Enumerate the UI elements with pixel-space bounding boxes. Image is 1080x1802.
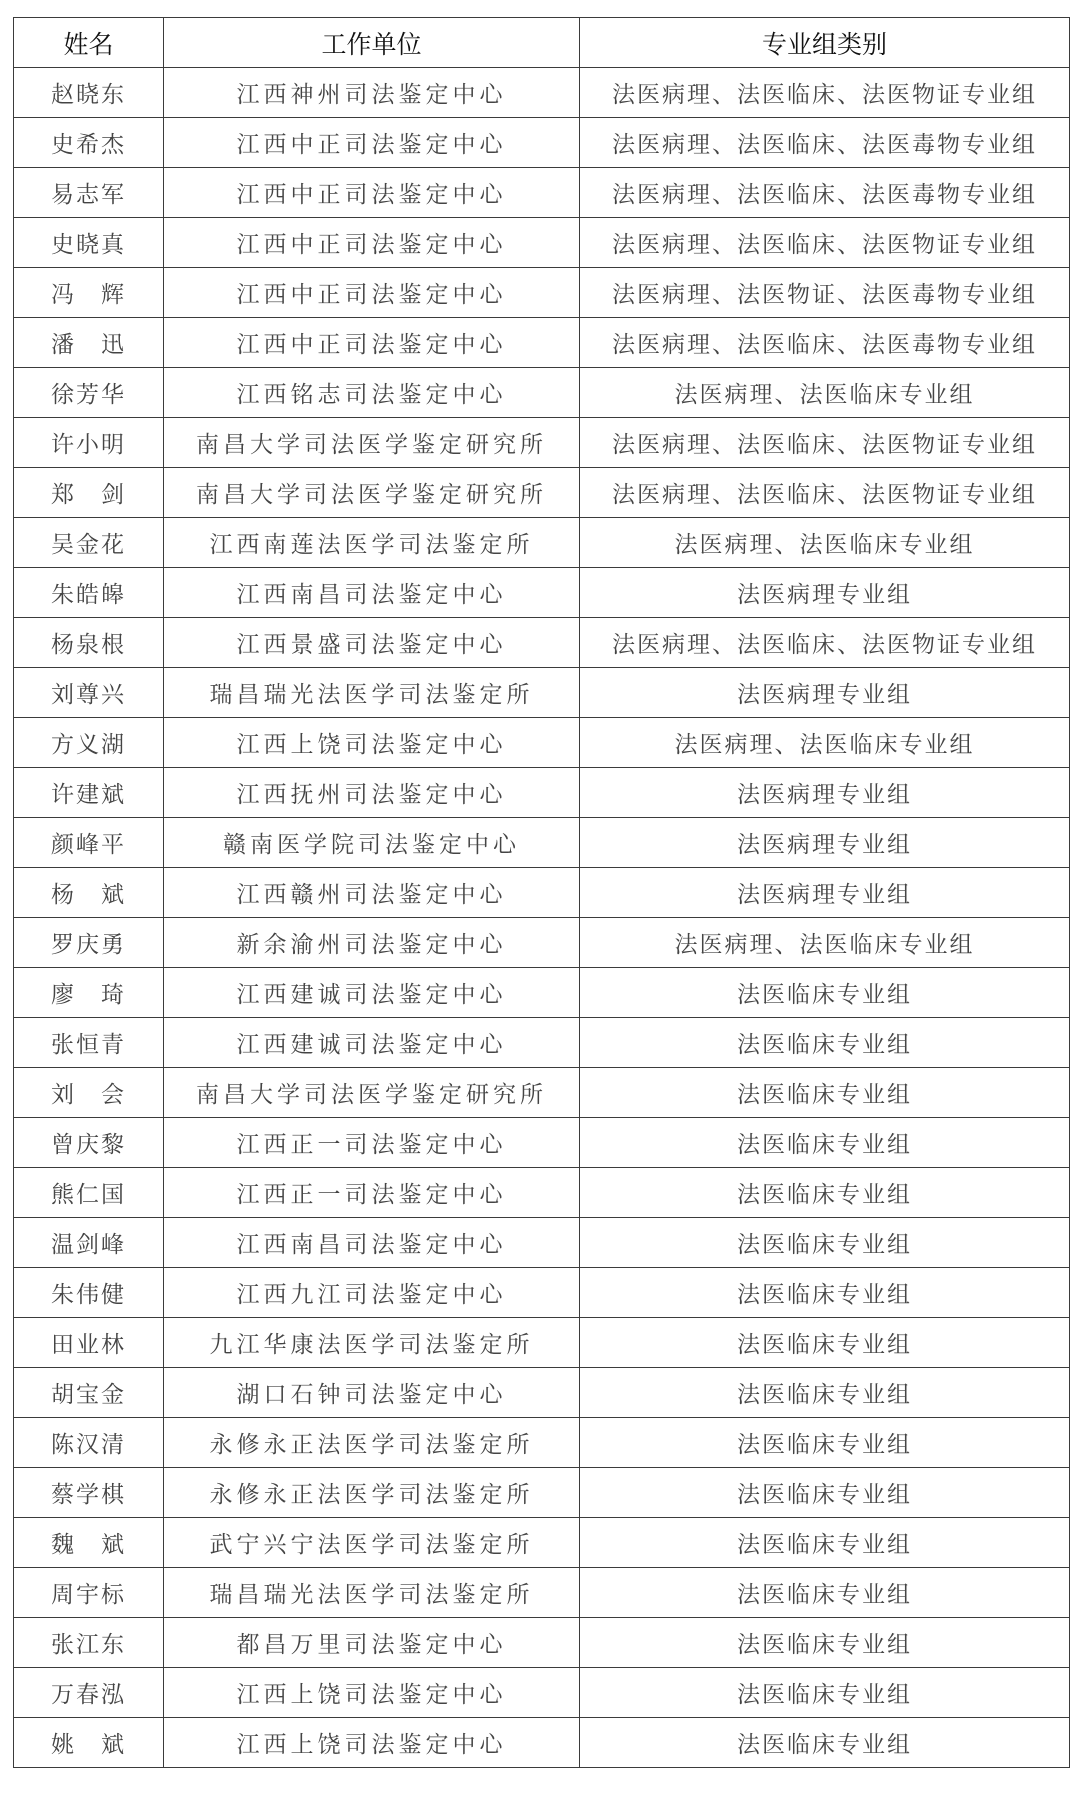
- table-row: 熊仁国江西正一司法鉴定中心法医临床专业组: [14, 1168, 1070, 1218]
- work-unit-cell-text: 江西赣州司法鉴定中心: [237, 876, 507, 909]
- name-cell-text: 易志军: [51, 176, 126, 209]
- name-cell: 许建斌: [14, 768, 164, 818]
- name-cell: 杨 斌: [14, 868, 164, 918]
- name-cell: 史希杰: [14, 118, 164, 168]
- specialty-group-cell: 法医临床专业组: [580, 1468, 1070, 1518]
- name-cell-text: 朱皓皞: [51, 576, 126, 609]
- table-row: 易志军江西中正司法鉴定中心法医病理、法医临床、法医毒物专业组: [14, 168, 1070, 218]
- specialty-group-cell: 法医病理、法医临床专业组: [580, 368, 1070, 418]
- table-row: 朱伟健江西九江司法鉴定中心法医临床专业组: [14, 1268, 1070, 1318]
- name-cell-text: 杨 斌: [51, 876, 126, 909]
- work-unit-cell-text: 江西中正司法鉴定中心: [237, 326, 507, 359]
- work-unit-cell: 江西上饶司法鉴定中心: [164, 1718, 580, 1768]
- table-row: 史希杰江西中正司法鉴定中心法医病理、法医临床、法医毒物专业组: [14, 118, 1070, 168]
- work-unit-cell-text: 江西南昌司法鉴定中心: [237, 1226, 507, 1259]
- table-row: 杨泉根江西景盛司法鉴定中心法医病理、法医临床、法医物证专业组: [14, 618, 1070, 668]
- table-row: 万春泓江西上饶司法鉴定中心法医临床专业组: [14, 1668, 1070, 1718]
- specialty-group-cell-text: 法医病理专业组: [737, 826, 912, 859]
- work-unit-cell-text: 瑞昌瑞光法医学司法鉴定所: [210, 676, 534, 709]
- header-work-unit: 工作单位: [164, 18, 580, 68]
- work-unit-cell-text: 永修永正法医学司法鉴定所: [210, 1476, 534, 1509]
- specialty-group-cell-text: 法医临床专业组: [737, 1476, 912, 1509]
- work-unit-cell: 湖口石钟司法鉴定中心: [164, 1368, 580, 1418]
- name-cell: 冯 辉: [14, 268, 164, 318]
- table-row: 许小明南昌大学司法医学鉴定研究所法医病理、法医临床、法医物证专业组: [14, 418, 1070, 468]
- table-row: 胡宝金湖口石钟司法鉴定中心法医临床专业组: [14, 1368, 1070, 1418]
- work-unit-cell: 江西赣州司法鉴定中心: [164, 868, 580, 918]
- specialty-group-cell-text: 法医临床专业组: [737, 1176, 912, 1209]
- work-unit-cell-text: 武宁兴宁法医学司法鉴定所: [210, 1526, 534, 1559]
- table-row: 史晓真江西中正司法鉴定中心法医病理、法医临床、法医物证专业组: [14, 218, 1070, 268]
- name-cell-text: 颜峰平: [51, 826, 126, 859]
- work-unit-cell: 江西铭志司法鉴定中心: [164, 368, 580, 418]
- name-cell-text: 魏 斌: [51, 1526, 126, 1559]
- table-row: 罗庆勇新余渝州司法鉴定中心法医病理、法医临床专业组: [14, 918, 1070, 968]
- name-cell-text: 廖 琦: [51, 976, 126, 1009]
- specialty-group-cell: 法医病理专业组: [580, 668, 1070, 718]
- name-cell: 张江东: [14, 1618, 164, 1668]
- work-unit-cell: 江西建诚司法鉴定中心: [164, 968, 580, 1018]
- work-unit-cell: 南昌大学司法医学鉴定研究所: [164, 1068, 580, 1118]
- specialty-group-cell: 法医临床专业组: [580, 1018, 1070, 1068]
- table-row: 周宇标瑞昌瑞光法医学司法鉴定所法医临床专业组: [14, 1568, 1070, 1618]
- work-unit-cell: 江西中正司法鉴定中心: [164, 168, 580, 218]
- specialty-group-cell-text: 法医临床专业组: [737, 1576, 912, 1609]
- table-row: 蔡学棋永修永正法医学司法鉴定所法医临床专业组: [14, 1468, 1070, 1518]
- work-unit-cell: 赣南医学院司法鉴定中心: [164, 818, 580, 868]
- table-row: 刘 会南昌大学司法医学鉴定研究所法医临床专业组: [14, 1068, 1070, 1118]
- work-unit-cell: 九江华康法医学司法鉴定所: [164, 1318, 580, 1368]
- work-unit-cell: 江西中正司法鉴定中心: [164, 218, 580, 268]
- header-specialty-group: 专业组类别: [580, 18, 1070, 68]
- work-unit-cell: 江西上饶司法鉴定中心: [164, 1668, 580, 1718]
- table-row: 颜峰平赣南医学院司法鉴定中心法医病理专业组: [14, 818, 1070, 868]
- table-row: 朱皓皞江西南昌司法鉴定中心法医病理专业组: [14, 568, 1070, 618]
- name-cell-text: 郑 剑: [51, 476, 126, 509]
- work-unit-cell-text: 江西正一司法鉴定中心: [237, 1126, 507, 1159]
- specialty-group-cell-text: 法医病理、法医临床、法医毒物专业组: [612, 326, 1037, 359]
- specialty-group-cell-text: 法医病理、法医临床专业组: [675, 726, 975, 759]
- work-unit-cell-text: 江西中正司法鉴定中心: [237, 126, 507, 159]
- work-unit-cell: 江西南莲法医学司法鉴定所: [164, 518, 580, 568]
- header-name: 姓名: [14, 18, 164, 68]
- work-unit-cell: 江西南昌司法鉴定中心: [164, 1218, 580, 1268]
- specialty-group-cell-text: 法医病理、法医临床、法医物证专业组: [612, 76, 1037, 109]
- work-unit-cell: 瑞昌瑞光法医学司法鉴定所: [164, 668, 580, 718]
- table-row: 杨 斌江西赣州司法鉴定中心法医病理专业组: [14, 868, 1070, 918]
- specialty-group-cell: 法医临床专业组: [580, 1618, 1070, 1668]
- name-cell: 徐芳华: [14, 368, 164, 418]
- expert-roster-table: 姓名 工作单位 专业组类别 赵晓东江西神州司法鉴定中心法医病理、法医临床、法医物…: [13, 17, 1070, 1768]
- name-cell: 周宇标: [14, 1568, 164, 1618]
- specialty-group-cell-text: 法医临床专业组: [737, 1626, 912, 1659]
- specialty-group-cell-text: 法医临床专业组: [737, 1026, 912, 1059]
- specialty-group-cell-text: 法医临床专业组: [737, 1426, 912, 1459]
- specialty-group-cell: 法医病理、法医临床专业组: [580, 518, 1070, 568]
- specialty-group-cell: 法医病理、法医临床专业组: [580, 718, 1070, 768]
- specialty-group-cell: 法医病理、法医临床、法医物证专业组: [580, 468, 1070, 518]
- name-cell: 许小明: [14, 418, 164, 468]
- work-unit-cell-text: 都昌万里司法鉴定中心: [237, 1626, 507, 1659]
- name-cell-text: 朱伟健: [51, 1276, 126, 1309]
- work-unit-cell-text: 江西景盛司法鉴定中心: [237, 626, 507, 659]
- work-unit-cell: 江西中正司法鉴定中心: [164, 268, 580, 318]
- specialty-group-cell-text: 法医病理专业组: [737, 876, 912, 909]
- specialty-group-cell: 法医病理专业组: [580, 818, 1070, 868]
- name-cell-text: 周宇标: [51, 1576, 126, 1609]
- name-cell: 方义湖: [14, 718, 164, 768]
- name-cell: 史晓真: [14, 218, 164, 268]
- work-unit-cell: 瑞昌瑞光法医学司法鉴定所: [164, 1568, 580, 1618]
- work-unit-cell-text: 江西正一司法鉴定中心: [237, 1176, 507, 1209]
- work-unit-cell-text: 江西上饶司法鉴定中心: [237, 726, 507, 759]
- name-cell-text: 姚 斌: [51, 1726, 126, 1759]
- specialty-group-cell-text: 法医病理、法医临床、法医毒物专业组: [612, 176, 1037, 209]
- specialty-group-cell-text: 法医病理、法医物证、法医毒物专业组: [612, 276, 1037, 309]
- name-cell: 赵晓东: [14, 68, 164, 118]
- work-unit-cell: 新余渝州司法鉴定中心: [164, 918, 580, 968]
- name-cell: 熊仁国: [14, 1168, 164, 1218]
- table-row: 许建斌江西抚州司法鉴定中心法医病理专业组: [14, 768, 1070, 818]
- name-cell-text: 方义湖: [51, 726, 126, 759]
- work-unit-cell-text: 江西上饶司法鉴定中心: [237, 1726, 507, 1759]
- work-unit-cell-text: 江西上饶司法鉴定中心: [237, 1676, 507, 1709]
- work-unit-cell: 都昌万里司法鉴定中心: [164, 1618, 580, 1668]
- name-cell-text: 万春泓: [51, 1676, 126, 1709]
- name-cell-text: 史晓真: [51, 226, 126, 259]
- name-cell: 颜峰平: [14, 818, 164, 868]
- table-row: 徐芳华江西铭志司法鉴定中心法医病理、法医临床专业组: [14, 368, 1070, 418]
- table-header-row: 姓名 工作单位 专业组类别: [14, 18, 1070, 68]
- work-unit-cell: 江西建诚司法鉴定中心: [164, 1018, 580, 1068]
- name-cell-text: 田业林: [51, 1326, 126, 1359]
- work-unit-cell: 南昌大学司法医学鉴定研究所: [164, 468, 580, 518]
- work-unit-cell: 江西景盛司法鉴定中心: [164, 618, 580, 668]
- table-row: 赵晓东江西神州司法鉴定中心法医病理、法医临床、法医物证专业组: [14, 68, 1070, 118]
- name-cell: 朱伟健: [14, 1268, 164, 1318]
- work-unit-cell: 南昌大学司法医学鉴定研究所: [164, 418, 580, 468]
- name-cell-text: 刘尊兴: [51, 676, 126, 709]
- specialty-group-cell-text: 法医临床专业组: [737, 1076, 912, 1109]
- specialty-group-cell-text: 法医病理专业组: [737, 576, 912, 609]
- specialty-group-cell: 法医病理、法医临床、法医物证专业组: [580, 618, 1070, 668]
- work-unit-cell: 江西南昌司法鉴定中心: [164, 568, 580, 618]
- specialty-group-cell-text: 法医病理、法医临床、法医物证专业组: [612, 476, 1037, 509]
- specialty-group-cell-text: 法医病理专业组: [737, 776, 912, 809]
- work-unit-cell-text: 江西中正司法鉴定中心: [237, 176, 507, 209]
- specialty-group-cell: 法医病理、法医临床、法医物证专业组: [580, 418, 1070, 468]
- specialty-group-cell: 法医临床专业组: [580, 1268, 1070, 1318]
- work-unit-cell-text: 新余渝州司法鉴定中心: [237, 926, 507, 959]
- work-unit-cell: 武宁兴宁法医学司法鉴定所: [164, 1518, 580, 1568]
- specialty-group-cell: 法医临床专业组: [580, 968, 1070, 1018]
- name-cell-text: 熊仁国: [51, 1176, 126, 1209]
- table-row: 张恒青江西建诚司法鉴定中心法医临床专业组: [14, 1018, 1070, 1068]
- specialty-group-cell-text: 法医病理、法医临床、法医物证专业组: [612, 426, 1037, 459]
- work-unit-cell: 江西上饶司法鉴定中心: [164, 718, 580, 768]
- specialty-group-cell: 法医病理专业组: [580, 568, 1070, 618]
- specialty-group-cell: 法医临床专业组: [580, 1668, 1070, 1718]
- name-cell: 张恒青: [14, 1018, 164, 1068]
- table-row: 冯 辉江西中正司法鉴定中心法医病理、法医物证、法医毒物专业组: [14, 268, 1070, 318]
- specialty-group-cell-text: 法医病理、法医临床、法医毒物专业组: [612, 126, 1037, 159]
- specialty-group-cell: 法医病理、法医临床、法医物证专业组: [580, 218, 1070, 268]
- work-unit-cell-text: 江西建诚司法鉴定中心: [237, 1026, 507, 1059]
- specialty-group-cell: 法医临床专业组: [580, 1718, 1070, 1768]
- name-cell: 郑 剑: [14, 468, 164, 518]
- name-cell: 万春泓: [14, 1668, 164, 1718]
- work-unit-cell: 永修永正法医学司法鉴定所: [164, 1468, 580, 1518]
- work-unit-cell: 江西中正司法鉴定中心: [164, 318, 580, 368]
- work-unit-cell: 江西抚州司法鉴定中心: [164, 768, 580, 818]
- work-unit-cell-text: 九江华康法医学司法鉴定所: [210, 1326, 534, 1359]
- work-unit-cell-text: 江西九江司法鉴定中心: [237, 1276, 507, 1309]
- specialty-group-cell-text: 法医临床专业组: [737, 1226, 912, 1259]
- work-unit-cell-text: 江西南莲法医学司法鉴定所: [210, 526, 534, 559]
- specialty-group-cell: 法医临床专业组: [580, 1518, 1070, 1568]
- name-cell: 刘 会: [14, 1068, 164, 1118]
- specialty-group-cell: 法医病理专业组: [580, 868, 1070, 918]
- name-cell: 温剑峰: [14, 1218, 164, 1268]
- specialty-group-cell-text: 法医临床专业组: [737, 1726, 912, 1759]
- work-unit-cell-text: 南昌大学司法医学鉴定研究所: [196, 1076, 547, 1109]
- specialty-group-cell-text: 法医病理、法医临床专业组: [675, 526, 975, 559]
- name-cell-text: 杨泉根: [51, 626, 126, 659]
- specialty-group-cell: 法医临床专业组: [580, 1168, 1070, 1218]
- name-cell-text: 蔡学棋: [51, 1476, 126, 1509]
- specialty-group-cell-text: 法医临床专业组: [737, 1276, 912, 1309]
- specialty-group-cell: 法医临床专业组: [580, 1218, 1070, 1268]
- specialty-group-cell-text: 法医病理专业组: [737, 676, 912, 709]
- work-unit-cell: 永修永正法医学司法鉴定所: [164, 1418, 580, 1468]
- specialty-group-cell: 法医临床专业组: [580, 1568, 1070, 1618]
- work-unit-cell: 江西中正司法鉴定中心: [164, 118, 580, 168]
- work-unit-cell-text: 江西神州司法鉴定中心: [237, 76, 507, 109]
- specialty-group-cell: 法医病理、法医临床、法医毒物专业组: [580, 118, 1070, 168]
- name-cell-text: 许小明: [51, 426, 126, 459]
- table-row: 张江东都昌万里司法鉴定中心法医临床专业组: [14, 1618, 1070, 1668]
- specialty-group-cell: 法医病理、法医物证、法医毒物专业组: [580, 268, 1070, 318]
- name-cell: 曾庆黎: [14, 1118, 164, 1168]
- name-cell-text: 张江东: [51, 1626, 126, 1659]
- name-cell-text: 罗庆勇: [51, 926, 126, 959]
- specialty-group-cell: 法医临床专业组: [580, 1068, 1070, 1118]
- name-cell: 蔡学棋: [14, 1468, 164, 1518]
- specialty-group-cell: 法医病理、法医临床、法医毒物专业组: [580, 318, 1070, 368]
- name-cell: 刘尊兴: [14, 668, 164, 718]
- specialty-group-cell: 法医临床专业组: [580, 1368, 1070, 1418]
- specialty-group-cell: 法医临床专业组: [580, 1118, 1070, 1168]
- work-unit-cell-text: 南昌大学司法医学鉴定研究所: [196, 426, 547, 459]
- table-row: 郑 剑南昌大学司法医学鉴定研究所法医病理、法医临床、法医物证专业组: [14, 468, 1070, 518]
- specialty-group-cell-text: 法医病理、法医临床专业组: [675, 376, 975, 409]
- name-cell: 田业林: [14, 1318, 164, 1368]
- table-row: 方义湖江西上饶司法鉴定中心法医病理、法医临床专业组: [14, 718, 1070, 768]
- name-cell: 罗庆勇: [14, 918, 164, 968]
- name-cell-text: 冯 辉: [51, 276, 126, 309]
- name-cell: 魏 斌: [14, 1518, 164, 1568]
- name-cell: 杨泉根: [14, 618, 164, 668]
- work-unit-cell-text: 江西铭志司法鉴定中心: [237, 376, 507, 409]
- specialty-group-cell-text: 法医临床专业组: [737, 1326, 912, 1359]
- specialty-group-cell-text: 法医临床专业组: [737, 976, 912, 1009]
- specialty-group-cell-text: 法医临床专业组: [737, 1126, 912, 1159]
- work-unit-cell: 江西神州司法鉴定中心: [164, 68, 580, 118]
- work-unit-cell-text: 永修永正法医学司法鉴定所: [210, 1426, 534, 1459]
- table-row: 吴金花江西南莲法医学司法鉴定所法医病理、法医临床专业组: [14, 518, 1070, 568]
- specialty-group-cell: 法医病理专业组: [580, 768, 1070, 818]
- name-cell: 易志军: [14, 168, 164, 218]
- work-unit-cell-text: 江西建诚司法鉴定中心: [237, 976, 507, 1009]
- specialty-group-cell: 法医临床专业组: [580, 1318, 1070, 1368]
- name-cell: 姚 斌: [14, 1718, 164, 1768]
- table-row: 曾庆黎江西正一司法鉴定中心法医临床专业组: [14, 1118, 1070, 1168]
- name-cell: 陈汉清: [14, 1418, 164, 1468]
- work-unit-cell: 江西正一司法鉴定中心: [164, 1118, 580, 1168]
- specialty-group-cell-text: 法医临床专业组: [737, 1376, 912, 1409]
- specialty-group-cell-text: 法医病理、法医临床、法医物证专业组: [612, 626, 1037, 659]
- work-unit-cell-text: 湖口石钟司法鉴定中心: [237, 1376, 507, 1409]
- specialty-group-cell: 法医病理、法医临床、法医毒物专业组: [580, 168, 1070, 218]
- name-cell-text: 史希杰: [51, 126, 126, 159]
- name-cell: 廖 琦: [14, 968, 164, 1018]
- work-unit-cell-text: 赣南医学院司法鉴定中心: [223, 826, 520, 859]
- name-cell: 朱皓皞: [14, 568, 164, 618]
- table-row: 田业林九江华康法医学司法鉴定所法医临床专业组: [14, 1318, 1070, 1368]
- name-cell-text: 赵晓东: [51, 76, 126, 109]
- specialty-group-cell-text: 法医病理、法医临床、法医物证专业组: [612, 226, 1037, 259]
- name-cell-text: 曾庆黎: [51, 1126, 126, 1159]
- table-row: 潘 迅江西中正司法鉴定中心法医病理、法医临床、法医毒物专业组: [14, 318, 1070, 368]
- specialty-group-cell: 法医病理、法医临床、法医物证专业组: [580, 68, 1070, 118]
- specialty-group-cell: 法医临床专业组: [580, 1418, 1070, 1468]
- name-cell: 吴金花: [14, 518, 164, 568]
- name-cell-text: 温剑峰: [51, 1226, 126, 1259]
- table-row: 温剑峰江西南昌司法鉴定中心法医临床专业组: [14, 1218, 1070, 1268]
- work-unit-cell: 江西九江司法鉴定中心: [164, 1268, 580, 1318]
- work-unit-cell: 江西正一司法鉴定中心: [164, 1168, 580, 1218]
- work-unit-cell-text: 瑞昌瑞光法医学司法鉴定所: [210, 1576, 534, 1609]
- name-cell: 潘 迅: [14, 318, 164, 368]
- table-row: 姚 斌江西上饶司法鉴定中心法医临床专业组: [14, 1718, 1070, 1768]
- table-row: 魏 斌武宁兴宁法医学司法鉴定所法医临床专业组: [14, 1518, 1070, 1568]
- name-cell-text: 徐芳华: [51, 376, 126, 409]
- name-cell-text: 潘 迅: [51, 326, 126, 359]
- specialty-group-cell: 法医病理、法医临床专业组: [580, 918, 1070, 968]
- name-cell-text: 许建斌: [51, 776, 126, 809]
- specialty-group-cell-text: 法医临床专业组: [737, 1526, 912, 1559]
- table-body: 赵晓东江西神州司法鉴定中心法医病理、法医临床、法医物证专业组史希杰江西中正司法鉴…: [14, 68, 1070, 1768]
- work-unit-cell-text: 江西南昌司法鉴定中心: [237, 576, 507, 609]
- work-unit-cell-text: 江西中正司法鉴定中心: [237, 226, 507, 259]
- name-cell-text: 刘 会: [51, 1076, 126, 1109]
- name-cell-text: 胡宝金: [51, 1376, 126, 1409]
- specialty-group-cell-text: 法医临床专业组: [737, 1676, 912, 1709]
- name-cell-text: 张恒青: [51, 1026, 126, 1059]
- work-unit-cell-text: 江西中正司法鉴定中心: [237, 276, 507, 309]
- name-cell-text: 吴金花: [51, 526, 126, 559]
- work-unit-cell-text: 江西抚州司法鉴定中心: [237, 776, 507, 809]
- specialty-group-cell-text: 法医病理、法医临床专业组: [675, 926, 975, 959]
- table-row: 廖 琦江西建诚司法鉴定中心法医临床专业组: [14, 968, 1070, 1018]
- work-unit-cell-text: 南昌大学司法医学鉴定研究所: [196, 476, 547, 509]
- table-row: 刘尊兴瑞昌瑞光法医学司法鉴定所法医病理专业组: [14, 668, 1070, 718]
- table-row: 陈汉清永修永正法医学司法鉴定所法医临床专业组: [14, 1418, 1070, 1468]
- name-cell: 胡宝金: [14, 1368, 164, 1418]
- name-cell-text: 陈汉清: [51, 1426, 126, 1459]
